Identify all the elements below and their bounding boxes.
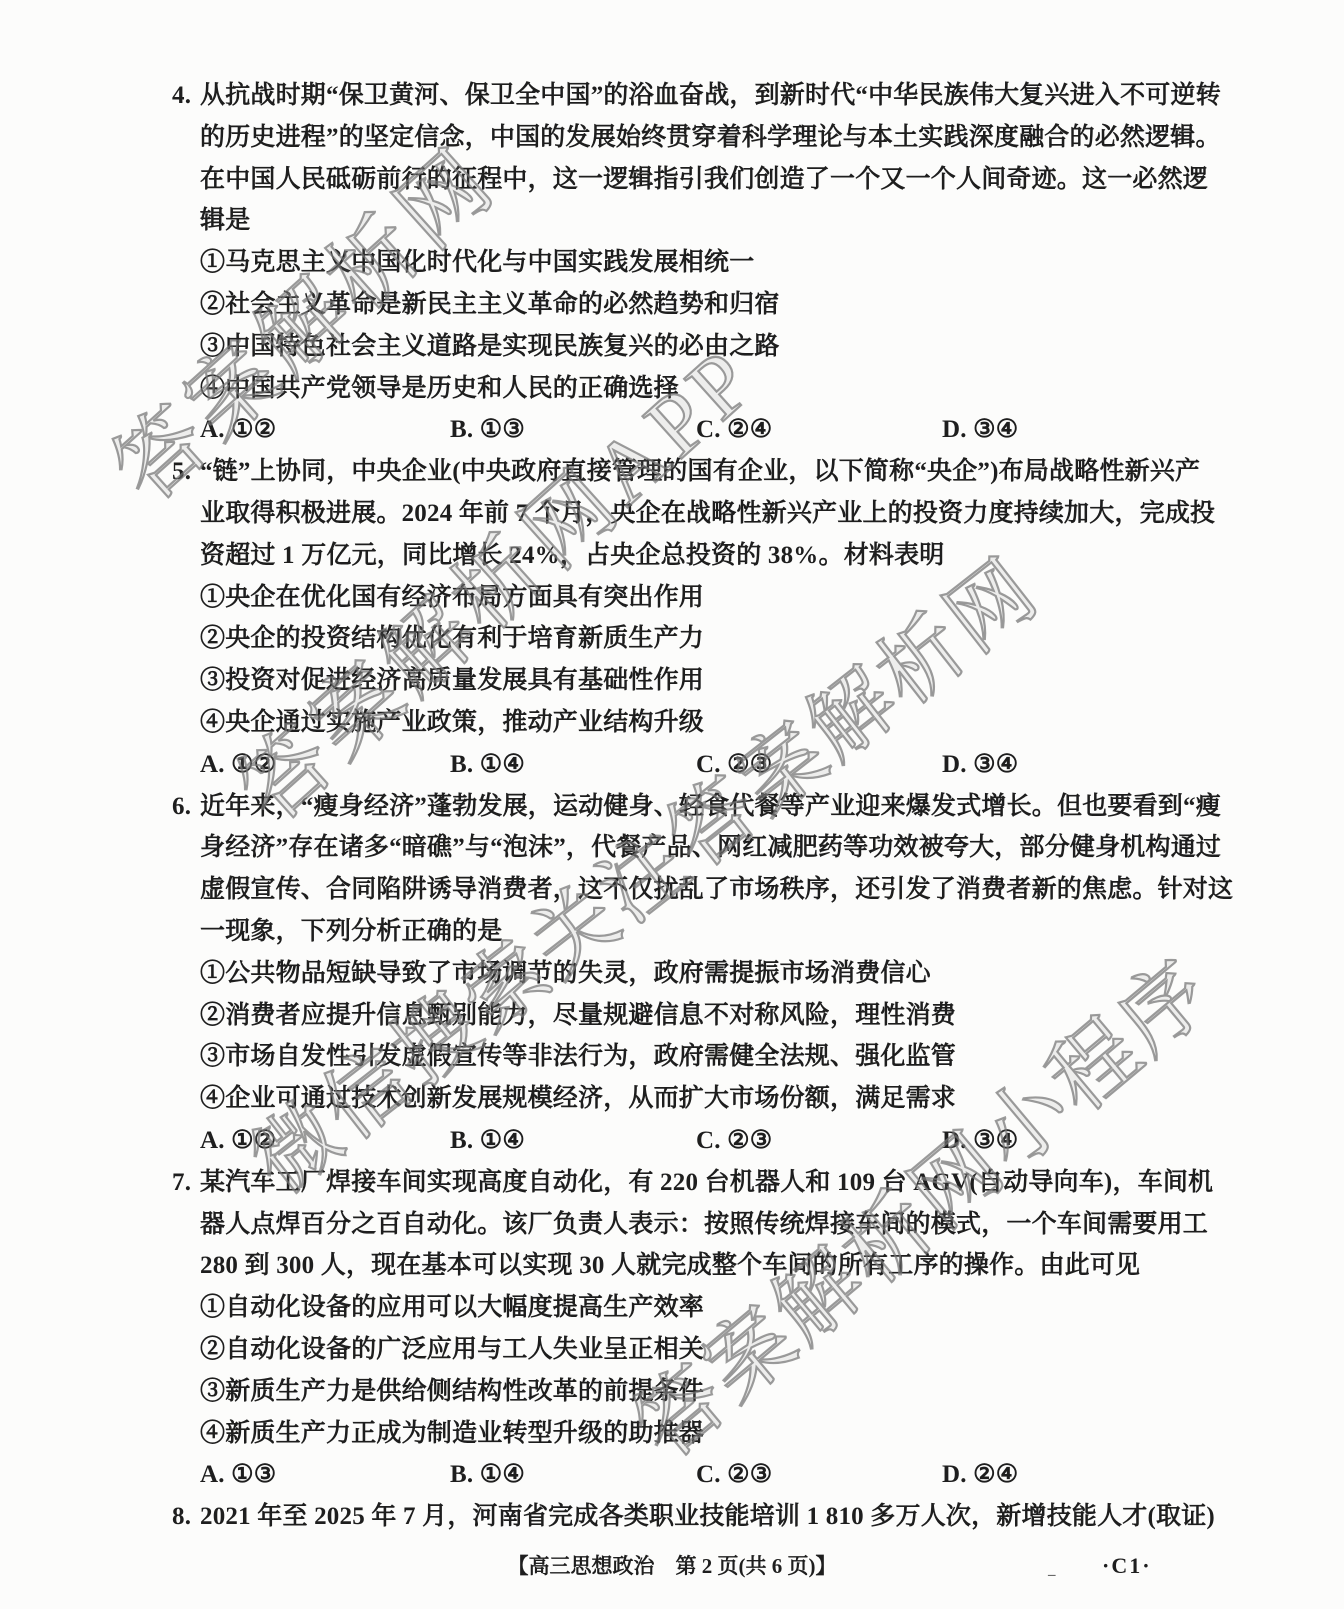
- q5-option-3: ③投资对促进经济高质量发展具有基础性作用: [172, 660, 1192, 702]
- q5-choices: A. ①② B. ①④ C. ②③ D. ③④: [172, 744, 1192, 786]
- q5-option-1: ①央企在优化国有经济布局方面具有突出作用: [172, 577, 1192, 619]
- q5-choice-c: C. ②③: [696, 744, 772, 786]
- q4-line-4: 辑是: [172, 200, 1192, 242]
- q4-choices: A. ①② B. ①③ C. ②④ D. ③④: [172, 409, 1192, 451]
- q4-option-3: ③中国特色社会主义道路是实现民族复兴的必由之路: [172, 326, 1192, 368]
- q7-choice-c: C. ②③: [696, 1454, 772, 1496]
- q5-number: 5.: [172, 451, 200, 493]
- q6-option-3: ③市场自发性引发虚假宣传等非法行为，政府需健全法规、强化监管: [172, 1036, 1192, 1078]
- q6-choice-d: D. ③④: [942, 1120, 1018, 1162]
- q6-option-4: ④企业可通过技术创新发展规模经济，从而扩大市场份额，满足需求: [172, 1078, 1192, 1120]
- q6-choice-a: A. ①②: [200, 1120, 276, 1162]
- q7-option-3: ③新质生产力是供给侧结构性改革的前提条件: [172, 1371, 1192, 1413]
- q6-line-3: 虚假宣传、合同陷阱诱导消费者，这不仅扰乱了市场秩序，还引发了消费者新的焦虑。针对…: [172, 869, 1192, 911]
- q7-line-1: 7.某汽车工厂焊接车间实现高度自动化，有 220 台机器人和 109 台 AGV…: [172, 1162, 1192, 1204]
- q5-option-4: ④央企通过实施产业政策，推动产业结构升级: [172, 702, 1192, 744]
- q5-choice-b: B. ①④: [450, 744, 525, 786]
- q8-number: 8.: [172, 1496, 200, 1538]
- q4-option-4: ④中国共产党领导是历史和人民的正确选择: [172, 368, 1192, 410]
- exam-content: 4.从抗战时期“保卫黄河、保卫全中国”的浴血奋战，到新时代“中华民族伟大复兴进入…: [172, 75, 1192, 1538]
- q4-line-2: 的历史进程”的坚定信念，中国的发展始终贯穿着科学理论与本土实践深度融合的必然逻辑…: [172, 117, 1192, 159]
- footer-mark: _: [1048, 1554, 1056, 1586]
- q4-choice-b: B. ①③: [450, 409, 525, 451]
- exam-page: 答案解析网 答案解析网APP 微信搜索关注答案解析网 答案解析网小程序 4.从抗…: [0, 0, 1344, 1609]
- q7-choice-b: B. ①④: [450, 1454, 525, 1496]
- q7-option-4: ④新质生产力正成为制造业转型升级的助推器: [172, 1413, 1192, 1455]
- q8-text-1: 2021 年至 2025 年 7 月，河南省完成各类职业技能培训 1 810 多…: [200, 1503, 1215, 1530]
- page-footer: 【高三思想政治 第 2 页(共 6 页)】 _ ·C1·: [0, 1550, 1344, 1582]
- q6-line-2: 身经济”存在诸多“暗礁”与“泡沫”，代餐产品、网红减肥药等功效被夸大，部分健身机…: [172, 827, 1192, 869]
- q6-number: 6.: [172, 786, 200, 828]
- q4-choice-d: D. ③④: [942, 409, 1018, 451]
- q6-choices: A. ①② B. ①④ C. ②③ D. ③④: [172, 1120, 1192, 1162]
- q4-line-3: 在中国人民砥砺前行的征程中，这一逻辑指引我们创造了一个又一个人间奇迹。这一必然逻: [172, 159, 1192, 201]
- q4-option-2: ②社会主义革命是新民主主义革命的必然趋势和归宿: [172, 284, 1192, 326]
- q4-text-1: 从抗战时期“保卫黄河、保卫全中国”的浴血奋战，到新时代“中华民族伟大复兴进入不可…: [200, 82, 1221, 109]
- q7-choice-d: D. ②④: [942, 1454, 1018, 1496]
- q6-choice-b: B. ①④: [450, 1120, 525, 1162]
- q7-line-3: 280 到 300 人，现在基本可以实现 30 人就完成整个车间的所有工序的操作…: [172, 1245, 1192, 1287]
- q7-number: 7.: [172, 1162, 200, 1204]
- q7-option-1: ①自动化设备的应用可以大幅度提高生产效率: [172, 1287, 1192, 1329]
- q7-choice-a: A. ①③: [200, 1454, 276, 1496]
- q7-choices: A. ①③ B. ①④ C. ②③ D. ②④: [172, 1454, 1192, 1496]
- q5-line-3: 资超过 1 万亿元，同比增长 24%，占央企总投资的 38%。材料表明: [172, 535, 1192, 577]
- q5-line-2: 业取得积极进展。2024 年前 7 个月，央企在战略性新兴产业上的投资力度持续加…: [172, 493, 1192, 535]
- q5-option-2: ②央企的投资结构优化有利于培育新质生产力: [172, 618, 1192, 660]
- q4-choice-c: C. ②④: [696, 409, 772, 451]
- q7-line-2: 器人点焊百分之百自动化。该厂负责人表示：按照传统焊接车间的模式，一个车间需要用工: [172, 1204, 1192, 1246]
- footer-code: ·C1·: [1102, 1550, 1152, 1582]
- footer-title-page-number: 【高三思想政治 第 2 页(共 6 页)】: [508, 1554, 837, 1578]
- q6-choice-c: C. ②③: [696, 1120, 772, 1162]
- q7-option-2: ②自动化设备的广泛应用与工人失业呈正相关: [172, 1329, 1192, 1371]
- q7-text-1: 某汽车工厂焊接车间实现高度自动化，有 220 台机器人和 109 台 AGV(自…: [200, 1169, 1213, 1196]
- q5-choice-d: D. ③④: [942, 744, 1018, 786]
- q5-line-1: 5.“链”上协同，中央企业(中央政府直接管理的国有企业，以下简称“央企”)布局战…: [172, 451, 1192, 493]
- q6-line-4: 一现象，下列分析正确的是: [172, 911, 1192, 953]
- q6-line-1: 6.近年来，“瘦身经济”蓬勃发展，运动健身、轻食代餐等产业迎来爆发式增长。但也要…: [172, 786, 1192, 828]
- q6-text-1: 近年来，“瘦身经济”蓬勃发展，运动健身、轻食代餐等产业迎来爆发式增长。但也要看到…: [200, 793, 1221, 820]
- q4-choice-a: A. ①②: [200, 409, 276, 451]
- q4-line-1: 4.从抗战时期“保卫黄河、保卫全中国”的浴血奋战，到新时代“中华民族伟大复兴进入…: [172, 75, 1192, 117]
- q4-number: 4.: [172, 75, 200, 117]
- q8-line-1: 8.2021 年至 2025 年 7 月，河南省完成各类职业技能培训 1 810…: [172, 1496, 1192, 1538]
- q6-option-1: ①公共物品短缺导致了市场调节的失灵，政府需提振市场消费信心: [172, 953, 1192, 995]
- q5-choice-a: A. ①②: [200, 744, 276, 786]
- q6-option-2: ②消费者应提升信息甄别能力，尽量规避信息不对称风险，理性消费: [172, 995, 1192, 1037]
- q4-option-1: ①马克思主义中国化时代化与中国实践发展相统一: [172, 242, 1192, 284]
- q5-text-1: “链”上协同，中央企业(中央政府直接管理的国有企业，以下简称“央企”)布局战略性…: [200, 458, 1200, 485]
